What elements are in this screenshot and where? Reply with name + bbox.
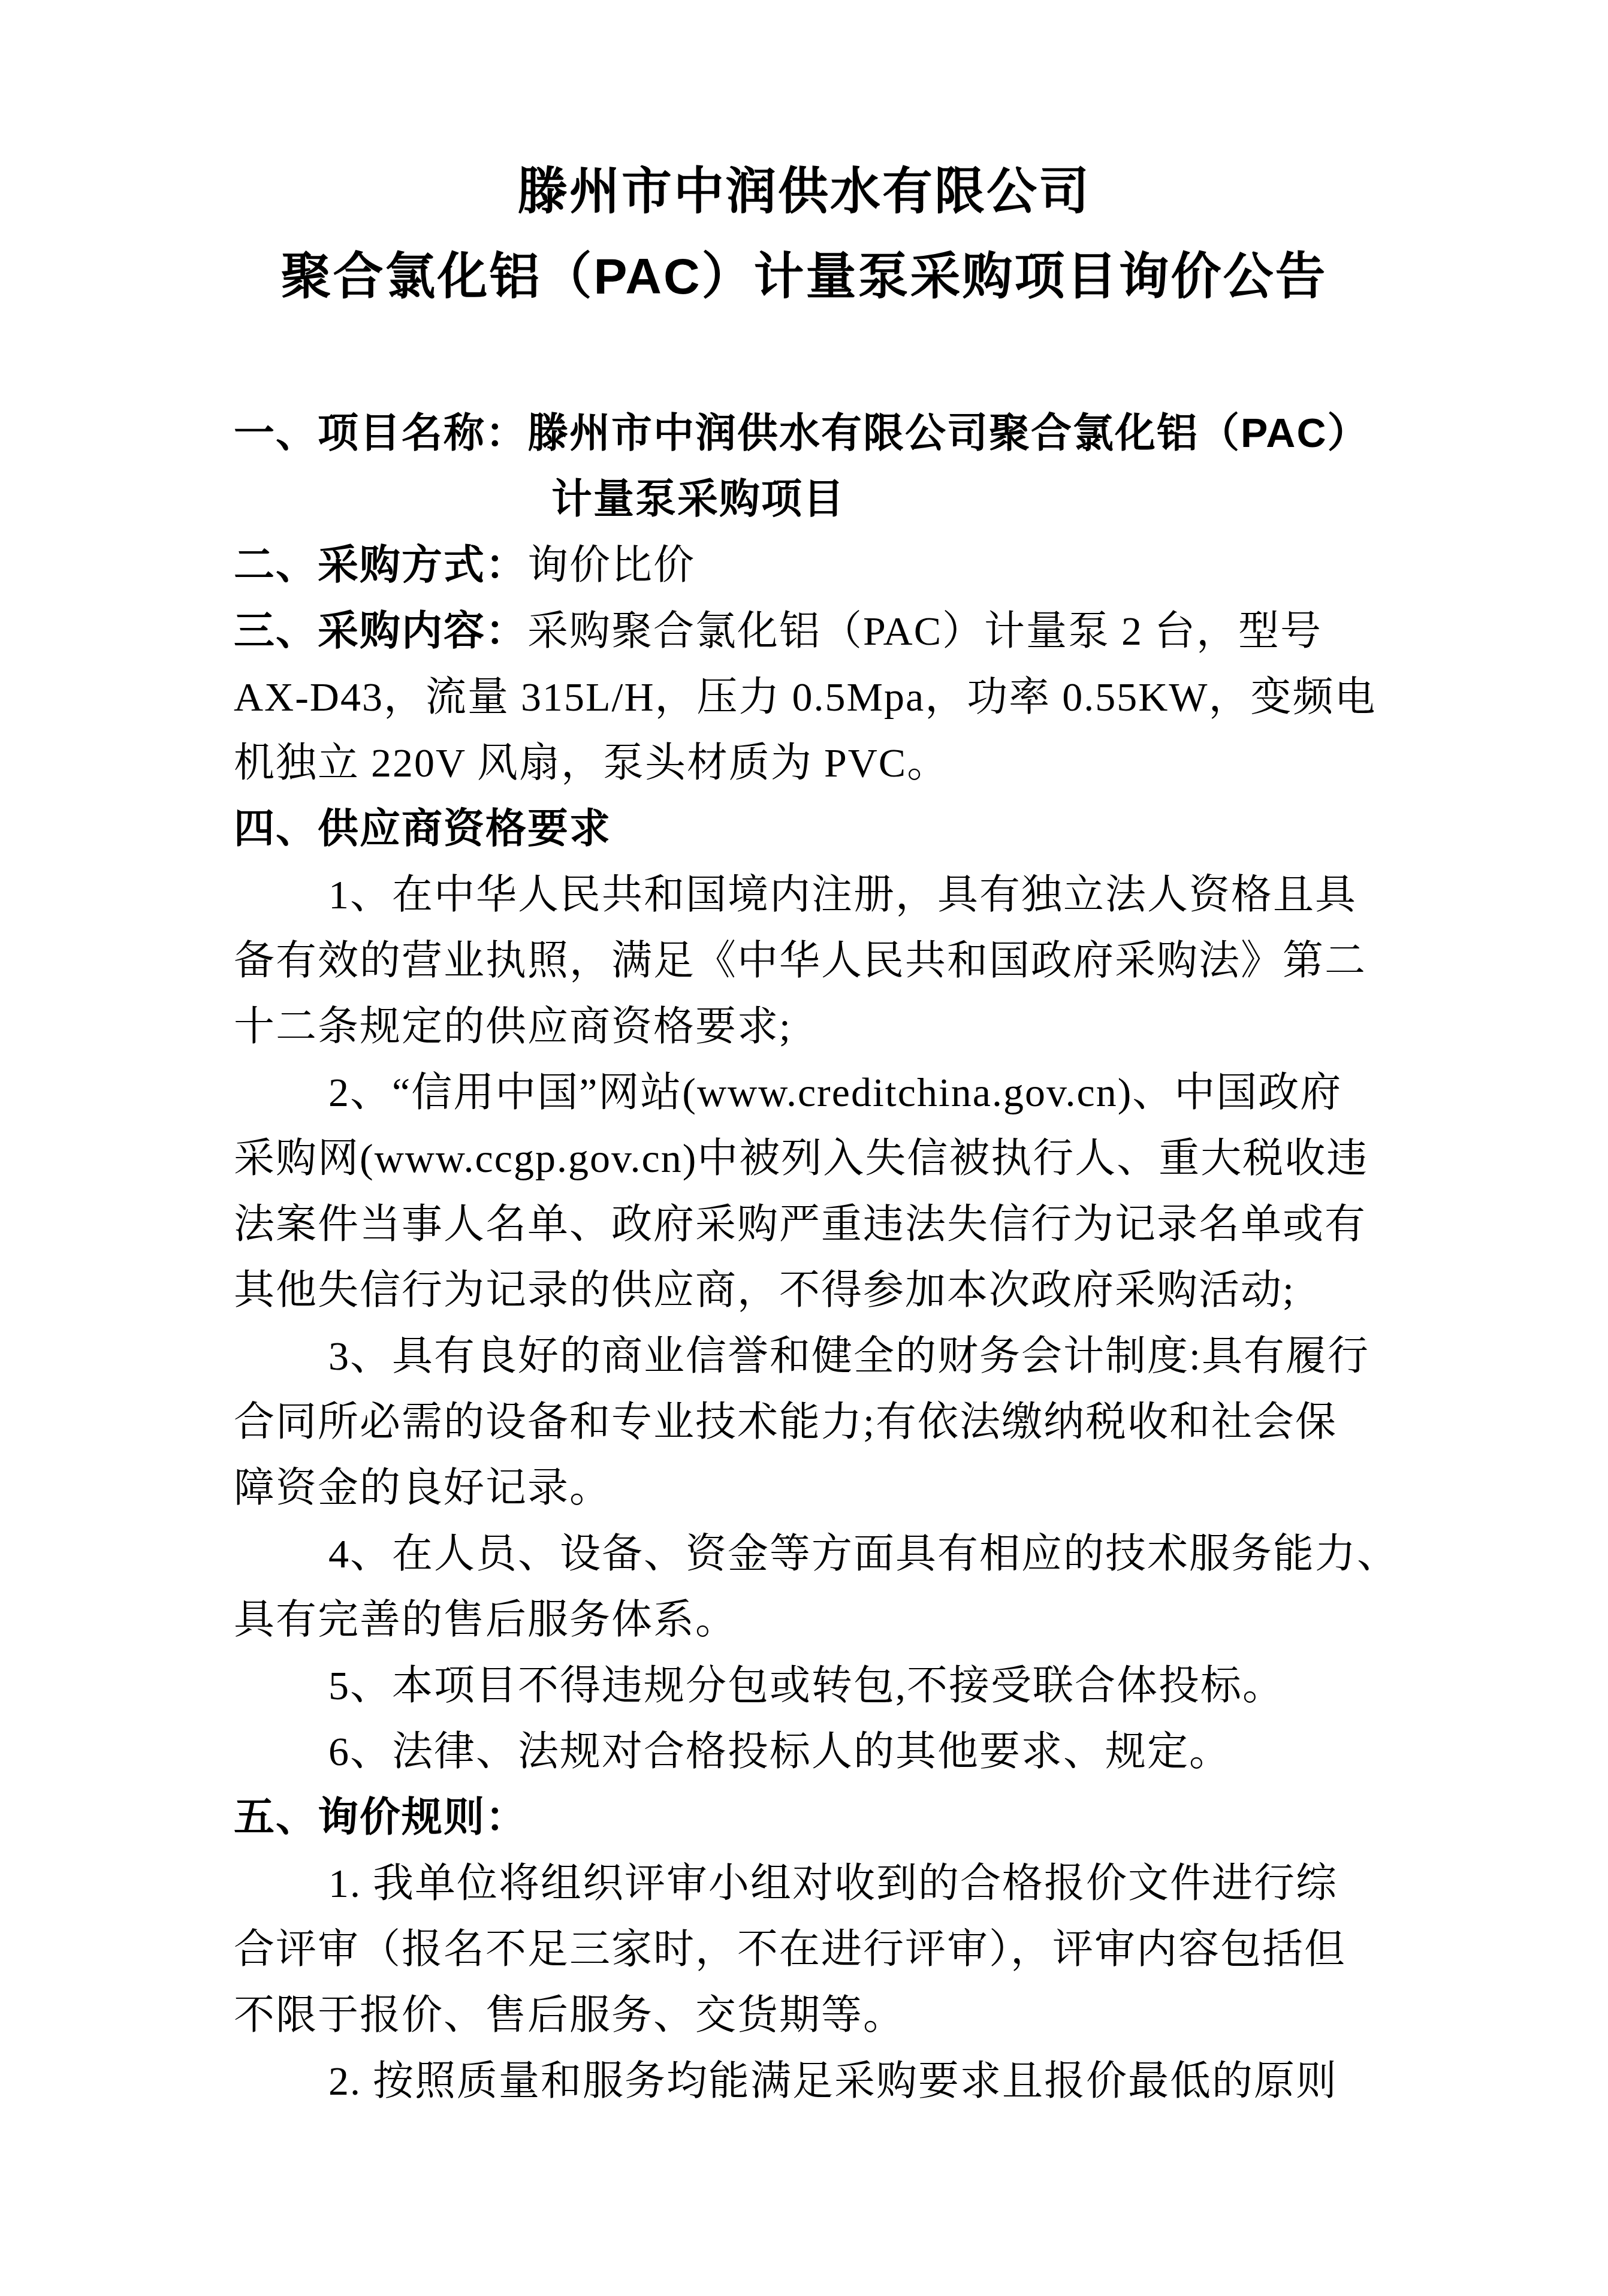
line-text: 1. 我单位将组织评审小组对收到的合格报价文件进行综 [328, 1860, 1338, 1906]
doc-line: 计量泵采购项目 [0, 466, 1608, 532]
doc-line: 十二条规定的供应商资格要求; [0, 993, 1608, 1059]
doc-line: 五、询价规则： [0, 1784, 1608, 1850]
doc-line: 3、具有良好的商业信誉和健全的财务会计制度:具有履行 [0, 1323, 1608, 1389]
line-text: 法案件当事人名单、政府采购严重违法失信行为记录名单或有 [234, 1201, 1366, 1247]
line-text: 障资金的良好记录。 [234, 1465, 611, 1510]
doc-line: 采购网(www.ccgp.gov.cn)中被列入失信被执行人、重大税收违 [0, 1125, 1608, 1191]
line-text: 6、法律、法规对合格投标人的其他要求、规定。 [328, 1729, 1231, 1774]
doc-line: 三、采购内容：采购聚合氯化铝（PAC）计量泵 2 台，型号 [0, 598, 1608, 664]
section-label-3: 三、采购内容： [234, 608, 527, 654]
doc-line: 5、本项目不得违规分包或转包,不接受联合体投标。 [0, 1652, 1608, 1718]
line-text: 5、本项目不得违规分包或转包,不接受联合体投标。 [328, 1663, 1284, 1708]
section-label-1: 一、项目名称： [234, 410, 527, 456]
line-text: 4、在人员、设备、资金等方面具有相应的技术服务能力、 [328, 1531, 1399, 1576]
document-body: 一、项目名称：滕州市中润供水有限公司聚合氯化铝（PAC） 计量泵采购项目 二、采… [0, 400, 1608, 2114]
doc-line: 四、供应商资格要求 [0, 796, 1608, 862]
line-text: 2、“信用中国”网站(www.creditchina.gov.cn)、中国政府 [328, 1070, 1342, 1115]
doc-line: 1. 我单位将组织评审小组对收到的合格报价文件进行综 [0, 1850, 1608, 1916]
doc-line: 二、采购方式：询价比价 [0, 532, 1608, 598]
line-text: 备有效的营业执照，满足《中华人民共和国政府采购法》第二 [234, 938, 1366, 983]
line-text: 询价比价 [527, 542, 695, 588]
line-text: 1、在中华人民共和国境内注册，具有独立法人资格且具 [328, 872, 1357, 917]
document-title-company: 滕州市中润供水有限公司 [0, 0, 1608, 216]
document-title-announcement: 聚合氯化铝（PAC）计量泵采购项目询价公告 [0, 251, 1608, 301]
line-text: 3、具有良好的商业信誉和健全的财务会计制度:具有履行 [328, 1333, 1369, 1379]
line-text: 不限于报价、售后服务、交货期等。 [234, 1992, 905, 2038]
doc-line: 合同所必需的设备和专业技术能力;有依法缴纳税收和社会保 [0, 1389, 1608, 1455]
line-text: 采购聚合氯化铝（PAC）计量泵 2 台，型号 [527, 608, 1322, 654]
line-text: 具有完善的售后服务体系。 [234, 1597, 737, 1642]
line-text: 其他失信行为记录的供应商，不得参加本次政府采购活动; [234, 1267, 1295, 1313]
doc-line: 2、“信用中国”网站(www.creditchina.gov.cn)、中国政府 [0, 1059, 1608, 1125]
doc-line: 机独立 220V 风扇，泵头材质为 PVC。 [0, 730, 1608, 796]
section-label-4: 四、供应商资格要求 [234, 806, 611, 851]
doc-line: 障资金的良好记录。 [0, 1455, 1608, 1521]
doc-line: 6、法律、法规对合格投标人的其他要求、规定。 [0, 1718, 1608, 1784]
line-text: 合同所必需的设备和专业技术能力;有依法缴纳税收和社会保 [234, 1399, 1337, 1445]
line-text: 机独立 220V 风扇，泵头材质为 PVC。 [234, 740, 949, 786]
line-text: AX-D43，流量 315L/H，压力 0.5Mpa，功率 0.55KW，变频电 [234, 674, 1376, 720]
doc-line: 具有完善的售后服务体系。 [0, 1587, 1608, 1652]
doc-line: 合评审（报名不足三家时，不在进行评审），评审内容包括但 [0, 1916, 1608, 1982]
doc-line: AX-D43，流量 315L/H，压力 0.5Mpa，功率 0.55KW，变频电 [0, 664, 1608, 730]
line-text: 采购网(www.ccgp.gov.cn)中被列入失信被执行人、重大税收违 [234, 1135, 1368, 1181]
section-label-5: 五、询价规则： [234, 1794, 527, 1840]
doc-line: 备有效的营业执照，满足《中华人民共和国政府采购法》第二 [0, 928, 1608, 993]
line-text: 合评审（报名不足三家时，不在进行评审），评审内容包括但 [234, 1926, 1346, 1972]
doc-line: 一、项目名称：滕州市中润供水有限公司聚合氯化铝（PAC） [0, 400, 1608, 466]
doc-line: 法案件当事人名单、政府采购严重违法失信行为记录名单或有 [0, 1191, 1608, 1257]
doc-line: 其他失信行为记录的供应商，不得参加本次政府采购活动; [0, 1257, 1608, 1323]
line-text: 2. 按照质量和服务均能满足采购要求且报价最低的原则 [328, 2058, 1338, 2104]
document-page: 滕州市中润供水有限公司 聚合氯化铝（PAC）计量泵采购项目询价公告 一、项目名称… [0, 0, 1608, 2296]
section-label-2: 二、采购方式： [234, 542, 527, 588]
doc-line: 1、在中华人民共和国境内注册，具有独立法人资格且具 [0, 862, 1608, 928]
doc-line: 不限于报价、售后服务、交货期等。 [0, 1982, 1608, 2048]
line-text: 滕州市中润供水有限公司聚合氯化铝（PAC） [527, 410, 1369, 456]
doc-line: 4、在人员、设备、资金等方面具有相应的技术服务能力、 [0, 1521, 1608, 1587]
doc-line: 2. 按照质量和服务均能满足采购要求且报价最低的原则 [0, 2048, 1608, 2114]
line-text: 计量泵采购项目 [551, 476, 845, 522]
line-text: 十二条规定的供应商资格要求; [234, 1004, 792, 1049]
